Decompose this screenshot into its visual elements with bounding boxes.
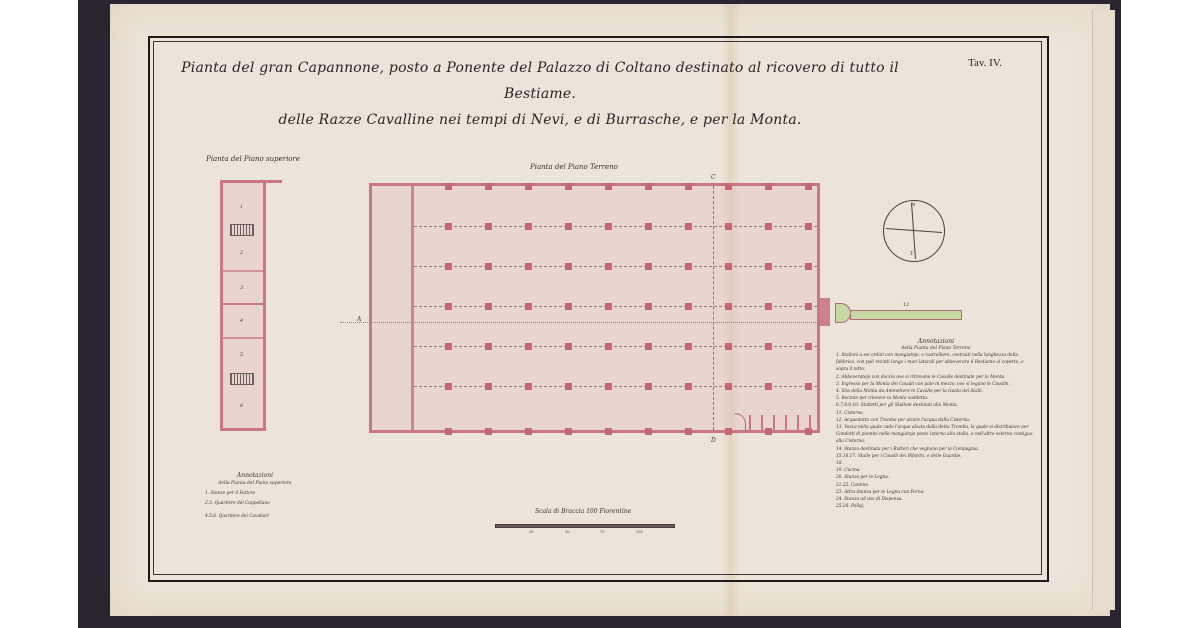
- legend-item: 5. Recinto per ritenere la Monta suddett…: [836, 395, 1036, 402]
- pillar: [565, 223, 572, 230]
- ground-floor-label: Pianta del Piano Terreno: [530, 163, 618, 171]
- legend-item: 19. Cucina.: [836, 467, 1036, 474]
- staircase-lower: [230, 373, 254, 385]
- pillar: [445, 343, 452, 350]
- title-line-2: delle Razze Cavalline nei tempi di Nevi,…: [160, 107, 920, 133]
- legend-item: 11. Cisterna.: [836, 410, 1036, 417]
- pillar: [765, 303, 772, 310]
- pillar: [725, 183, 732, 190]
- pillar: [485, 303, 492, 310]
- aqueduct-corridor: [850, 310, 962, 320]
- pillar: [725, 383, 732, 390]
- room-number: 6: [240, 403, 243, 409]
- pillar: [525, 183, 532, 190]
- pillar: [485, 428, 492, 435]
- pillar: [685, 343, 692, 350]
- legend-item: 1. Stanze per il Fattore: [205, 490, 305, 497]
- pillar: [445, 223, 452, 230]
- pillar: [565, 303, 572, 310]
- pillar: [805, 343, 812, 350]
- legend-item: 23. Altra Stanza per le Legna con Forno.: [836, 489, 1036, 496]
- pillar: [645, 263, 652, 270]
- pillar: [725, 428, 732, 435]
- pillar: [445, 263, 452, 270]
- ground-legend: Annotazioni della Pianta del Piano Terre…: [836, 338, 1036, 510]
- scale-bar: [495, 524, 675, 528]
- pillar: [805, 303, 812, 310]
- pillar: [605, 183, 612, 190]
- scale-tick: 75: [600, 530, 604, 534]
- scale-label: Scala di Braccia 100 Fiorentine: [535, 508, 631, 515]
- pillar: [805, 383, 812, 390]
- point-label-a: A: [357, 316, 361, 323]
- legend-item: 21.22. Cantine.: [836, 482, 1036, 489]
- pillar: [765, 183, 772, 190]
- pillar: [605, 263, 612, 270]
- upper-floor-label: Pianta del Piano superiore: [206, 155, 300, 163]
- staircase-upper: [230, 224, 254, 236]
- legend-item: 2.3. Quartiere del Cappellano: [205, 500, 305, 507]
- corridor-number: 12: [903, 302, 909, 308]
- pillar: [645, 343, 652, 350]
- legend-item: 6.7.8.9.10. Stalletti per gli Stalloni d…: [836, 402, 1036, 409]
- pillar: [485, 183, 492, 190]
- pillar: [445, 428, 452, 435]
- legend-item: 24. Stanza ad uso di Dispensa.: [836, 496, 1036, 503]
- pillar: [485, 263, 492, 270]
- pillar: [445, 383, 452, 390]
- legend-item: 14. Stanza destinata per i Butteri che v…: [836, 446, 1036, 453]
- compass-south: T: [910, 251, 913, 257]
- legend-item: 3. Ingresso per la Monta dei Cavalli con…: [836, 381, 1036, 388]
- legend-title: Annotazioni: [836, 338, 1036, 346]
- legend-item: 13. Vasca nella quale cade l'acqua alzat…: [836, 424, 1036, 446]
- legend-item: 25.26. Pollaj.: [836, 503, 1036, 510]
- pillar: [685, 223, 692, 230]
- pillar: [445, 303, 452, 310]
- pillar: [725, 303, 732, 310]
- legend-item: 20. Stanza per le Legna.: [836, 474, 1036, 481]
- pillar: [765, 223, 772, 230]
- pillar: [525, 303, 532, 310]
- pillar: [765, 428, 772, 435]
- pillar: [725, 343, 732, 350]
- pillar: [605, 383, 612, 390]
- room-number: 4: [240, 318, 243, 324]
- page-stack-edge: [1092, 10, 1115, 610]
- pillar: [565, 343, 572, 350]
- legend-item: 1. Stalloni a sei ordini con mangiatoje,…: [836, 352, 1036, 374]
- pillar: [805, 263, 812, 270]
- pillar: [645, 183, 652, 190]
- room-number: 3: [240, 285, 243, 291]
- point-label-d: D: [711, 437, 716, 444]
- pillar: [645, 383, 652, 390]
- room-number: 2: [240, 250, 243, 256]
- pillar: [525, 223, 532, 230]
- pillar: [805, 183, 812, 190]
- legend-item: 15.16.17. Stalle per i Cavalli dei Bifol…: [836, 453, 1036, 460]
- scale-tick: 50: [565, 530, 569, 534]
- pillar: [565, 183, 572, 190]
- pillar: [565, 383, 572, 390]
- pillar: [645, 303, 652, 310]
- pillar: [605, 343, 612, 350]
- room-number: 5: [240, 352, 243, 358]
- plate-number: Tav. IV.: [968, 57, 1002, 69]
- pillar: [445, 183, 452, 190]
- legend-subtitle: della Pianta del Piano superiore: [205, 480, 305, 487]
- pillar: [685, 428, 692, 435]
- pillar: [725, 223, 732, 230]
- point-label-c: C: [711, 174, 716, 181]
- scale-tick: 100: [636, 530, 643, 534]
- legend-item: 12. Acquedotto con Tromba per alzare l'a…: [836, 417, 1036, 424]
- pillar: [685, 383, 692, 390]
- title-line-1: Pianta del gran Capannone, posto a Ponen…: [160, 55, 920, 107]
- legend-item: 4.5.6. Quartiere dei Cavallari: [205, 513, 305, 520]
- pillar: [645, 223, 652, 230]
- pillar: [525, 343, 532, 350]
- pillar: [685, 183, 692, 190]
- pillar: [485, 223, 492, 230]
- pillar: [565, 428, 572, 435]
- pillar: [685, 303, 692, 310]
- room-number: 1: [240, 204, 243, 210]
- pillar: [525, 383, 532, 390]
- scale-tick: 25: [529, 530, 533, 534]
- pillar: [605, 428, 612, 435]
- legend-item: 4. Sito della Monta da Ammettere le Cava…: [836, 388, 1036, 395]
- pillar: [525, 428, 532, 435]
- pillar: [645, 428, 652, 435]
- pillar: [605, 303, 612, 310]
- legend-item: 2. Abbeveratojo con doccia ove si ritrov…: [836, 374, 1036, 381]
- legend-title: Annotazioni: [205, 472, 305, 480]
- legend-item: 18.: [836, 460, 1036, 467]
- pillar: [765, 263, 772, 270]
- compass-rose: N T: [883, 200, 945, 262]
- compass-north: N: [911, 202, 915, 208]
- pillar: [765, 383, 772, 390]
- pillar: [605, 223, 612, 230]
- pillar: [805, 223, 812, 230]
- pillar: [725, 263, 732, 270]
- pillar: [565, 263, 572, 270]
- plate-title: Pianta del gran Capannone, posto a Ponen…: [160, 55, 920, 133]
- upper-legend: Annotazioni della Pianta del Piano super…: [205, 472, 305, 521]
- pillar: [765, 343, 772, 350]
- pillar: [485, 343, 492, 350]
- pillar: [485, 383, 492, 390]
- pillar: [685, 263, 692, 270]
- pillar: [525, 263, 532, 270]
